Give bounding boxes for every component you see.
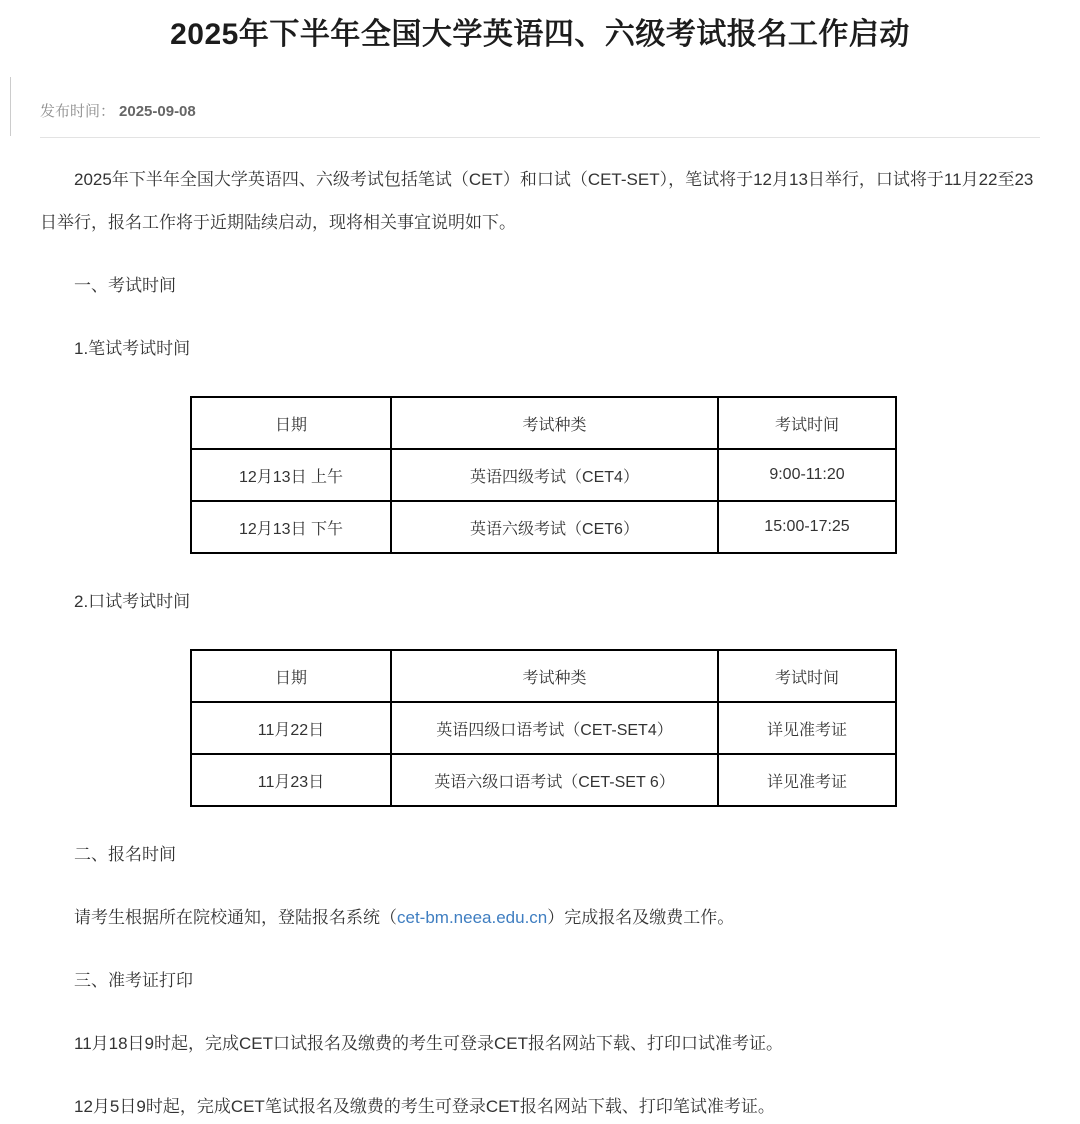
cell-exam-type: 英语六级口语考试（CET-SET 6） (391, 754, 718, 806)
cell-date: 11月23日 (191, 754, 391, 806)
left-edge-decorative-line (10, 77, 11, 136)
written-ticket-paragraph: 12月5日9时起，完成CET笔试报名及缴费的考生可登录CET报名网站下载、打印笔… (40, 1085, 1040, 1124)
cell-exam-type: 英语四级考试（CET4） (391, 449, 718, 501)
intro-paragraph: 2025年下半年全国大学英语四、六级考试包括笔试（CET）和口试（CET-SET… (40, 158, 1040, 244)
table-header-row: 日期 考试种类 考试时间 (191, 397, 896, 449)
header-cell-date: 日期 (191, 650, 391, 702)
publish-info-bar: 发布时间：2025-09-08 (40, 100, 1040, 138)
cell-exam-time: 9:00-11:20 (718, 449, 896, 501)
header-cell-exam-type: 考试种类 (391, 650, 718, 702)
section-heading-admission-ticket: 三、准考证打印 (40, 959, 1040, 1002)
publish-date: 2025-09-08 (119, 103, 196, 120)
table-row: 11月22日 英语四级口语考试（CET-SET4） 详见准考证 (191, 702, 896, 754)
article-body: 2025年下半年全国大学英语四、六级考试包括笔试（CET）和口试（CET-SET… (40, 158, 1040, 1124)
announcement-page: 2025年下半年全国大学英语四、六级考试报名工作启动 发布时间：2025-09-… (0, 0, 1080, 1124)
table-row: 12月13日 下午 英语六级考试（CET6） 15:00-17:25 (191, 501, 896, 553)
cell-date: 12月13日 下午 (191, 501, 391, 553)
header-cell-exam-type: 考试种类 (391, 397, 718, 449)
oral-ticket-paragraph: 11月18日9时起，完成CET口试报名及缴费的考生可登录CET报名网站下载、打印… (40, 1022, 1040, 1065)
registration-text-before-link: 请考生根据所在院校通知，登陆报名系统（ (74, 908, 397, 927)
registration-paragraph: 请考生根据所在院校通知，登陆报名系统（cet-bm.neea.edu.cn）完成… (40, 896, 1040, 939)
header-cell-exam-time: 考试时间 (718, 397, 896, 449)
section-heading-registration-time: 二、报名时间 (40, 833, 1040, 876)
cell-exam-type: 英语六级考试（CET6） (391, 501, 718, 553)
header-cell-date: 日期 (191, 397, 391, 449)
section-heading-exam-time: 一、考试时间 (40, 264, 1040, 307)
header-cell-exam-time: 考试时间 (718, 650, 896, 702)
publish-time-label: 发布时间： (40, 103, 115, 120)
registration-site-link[interactable]: cet-bm.neea.edu.cn (397, 908, 547, 927)
subheading-written-exam-time: 1.笔试考试时间 (40, 327, 1040, 370)
page-title: 2025年下半年全国大学英语四、六级考试报名工作启动 (50, 15, 1030, 54)
table-header-row: 日期 考试种类 考试时间 (191, 650, 896, 702)
cell-exam-type: 英语四级口语考试（CET-SET4） (391, 702, 718, 754)
cell-date: 11月22日 (191, 702, 391, 754)
subheading-oral-exam-time: 2.口试考试时间 (40, 580, 1040, 623)
table-row: 12月13日 上午 英语四级考试（CET4） 9:00-11:20 (191, 449, 896, 501)
cell-exam-time: 详见准考证 (718, 754, 896, 806)
cell-date: 12月13日 上午 (191, 449, 391, 501)
oral-exam-table: 日期 考试种类 考试时间 11月22日 英语四级口语考试（CET-SET4） 详… (190, 649, 897, 807)
registration-text-after-link: ）完成报名及缴费工作。 (547, 908, 734, 927)
cell-exam-time: 详见准考证 (718, 702, 896, 754)
cell-exam-time: 15:00-17:25 (718, 501, 896, 553)
written-exam-table: 日期 考试种类 考试时间 12月13日 上午 英语四级考试（CET4） 9:00… (190, 396, 897, 554)
table-row: 11月23日 英语六级口语考试（CET-SET 6） 详见准考证 (191, 754, 896, 806)
